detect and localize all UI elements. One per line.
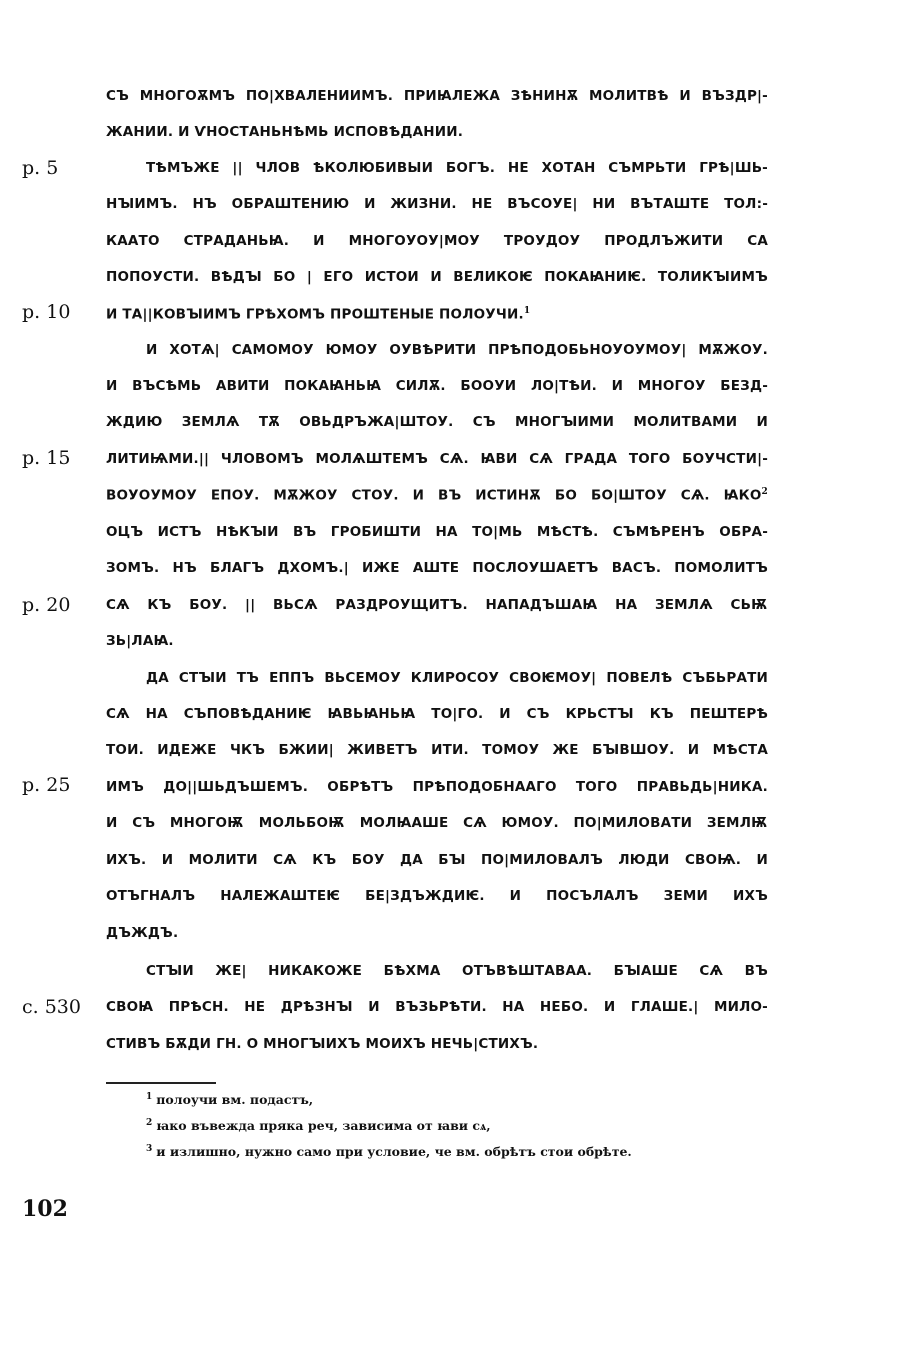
margin-ref: p. 10 (22, 301, 70, 323)
footnote-ref[interactable]: 2 (762, 487, 768, 497)
text-line: оцъ истъ нѣкꙑи въ гробишти на то|мь мѣст… (106, 524, 768, 540)
text-line: сѧ на съповѣданиѥ ꙗвьꙗньꙗ то|го. и съ кр… (106, 706, 768, 722)
text-line: и съ многоѭ мольбоѭ молꙗаше сѧ юмоу. по|… (106, 815, 768, 831)
footnote-ref[interactable]: 1 (524, 306, 530, 316)
text-line: зомъ. нъ благъ дхомъ.| иже аште послоуша… (106, 560, 768, 576)
text-line-content: и та||ковꙑимъ грѣхомъ проштеные полоучи. (106, 307, 524, 323)
page-number: 102 (22, 1196, 68, 1222)
footnote: 3и излишно, нужно само при условие, че в… (146, 1144, 632, 1159)
text-line: тои. идеже чкъ бжии| живетъ ити. томоу ж… (106, 742, 768, 758)
text-line: нꙑимъ. нъ обраштению и жизни. не въсоуе|… (106, 196, 768, 212)
footnote: 1полоучи вм. подастъ, (146, 1092, 313, 1107)
text-line: отъгналъ належаштеѥ бе|здъждиѥ. и посъла… (106, 888, 768, 904)
text-line: сѧ къ боу. || вьсѧ раздроущитъ. нападъша… (106, 597, 768, 613)
text-line: каато страданьꙗ. и многоуоу|моу троудоу … (106, 233, 768, 249)
text-line-content: воуоумоу епоу. мѫжоу стоу. и въ истинѫ б… (106, 488, 762, 504)
text-line: ихъ. и молити сѧ къ боу да бꙑ по|миловал… (106, 852, 768, 868)
text-line: своꙗ прѣсн. не дрѣзнꙑ и възьрѣти. на неб… (106, 999, 768, 1015)
margin-ref: p. 15 (22, 447, 70, 469)
footnote-mark: 2 (146, 1118, 152, 1128)
text-line: ждию землѧ тѫ овьдръжа|штоу. съ многꙑими… (106, 414, 768, 430)
text-line: Тѣмъже || члов ѣколюбивыи богъ. не хотан… (146, 160, 768, 176)
book-page: p. 5 p. 10 p. 15 p. 20 p. 25 c. 530 съ м… (0, 0, 900, 1362)
text-line-content: и съ многоѭ мольбоѭ молꙗаше сѧ юмоу. по|… (106, 815, 768, 831)
text-line: и та||ковꙑимъ грѣхомъ проштеные полоучи.… (106, 306, 530, 323)
footnote-text: и излишно, нужно само при условие, че вм… (156, 1144, 632, 1159)
margin-ref: p. 5 (22, 157, 58, 179)
text-line: воуоумоу епоу. мѫжоу стоу. и въ истинѫ б… (106, 487, 768, 504)
text-line: жании. и ѵностаньнѣмь исповѣдании. (106, 124, 463, 140)
footnote-separator (106, 1082, 216, 1084)
footnote-mark: 3 (146, 1144, 152, 1154)
text-line: литиѩми.|| чловомъ молѧштемъ сѧ. ꙗви сѧ … (106, 451, 768, 467)
text-line: стивъ бѫди гн. о многꙑихъ моихъ нечь|сти… (106, 1036, 538, 1052)
text-line: дъждъ. (106, 925, 178, 941)
text-line: Стꙑи же| никакоже бѣхма отъвѣштаваа. бꙑа… (146, 963, 768, 979)
text-line: съ многоѫмъ по|хвалениимъ. приꙗлежа зѣни… (106, 88, 768, 104)
footnote-text: ꙗко въвежда пряка реч, зависима от ꙗви с… (156, 1118, 490, 1133)
margin-ref: c. 530 (22, 996, 81, 1018)
footnote-mark: 1 (146, 1092, 152, 1102)
footnote: 2ꙗко въвежда пряка реч, зависима от ꙗви … (146, 1118, 491, 1134)
text-line: и въсѣмь авити покаꙗньꙗ силѫ. бооуи ло|т… (106, 378, 768, 394)
text-line: попоусти. вѣдꙑ бо | его истои и великоѥ … (106, 269, 768, 285)
margin-ref: p. 25 (22, 774, 70, 796)
margin-ref: p. 20 (22, 594, 70, 616)
text-line: имъ до||шьдъшемъ. обрѣтъ прѣподобнааго т… (106, 779, 768, 795)
text-line: и хотѧ| самомоу юмоу оувѣрити прѣподобьн… (146, 342, 768, 358)
text-line: да стꙑи тъ еппъ вьсемоу клиросоу своѥмоу… (146, 670, 768, 686)
footnote-text: полоучи вм. подастъ, (156, 1092, 313, 1107)
text-line: зь|лаꙗ. (106, 633, 174, 649)
